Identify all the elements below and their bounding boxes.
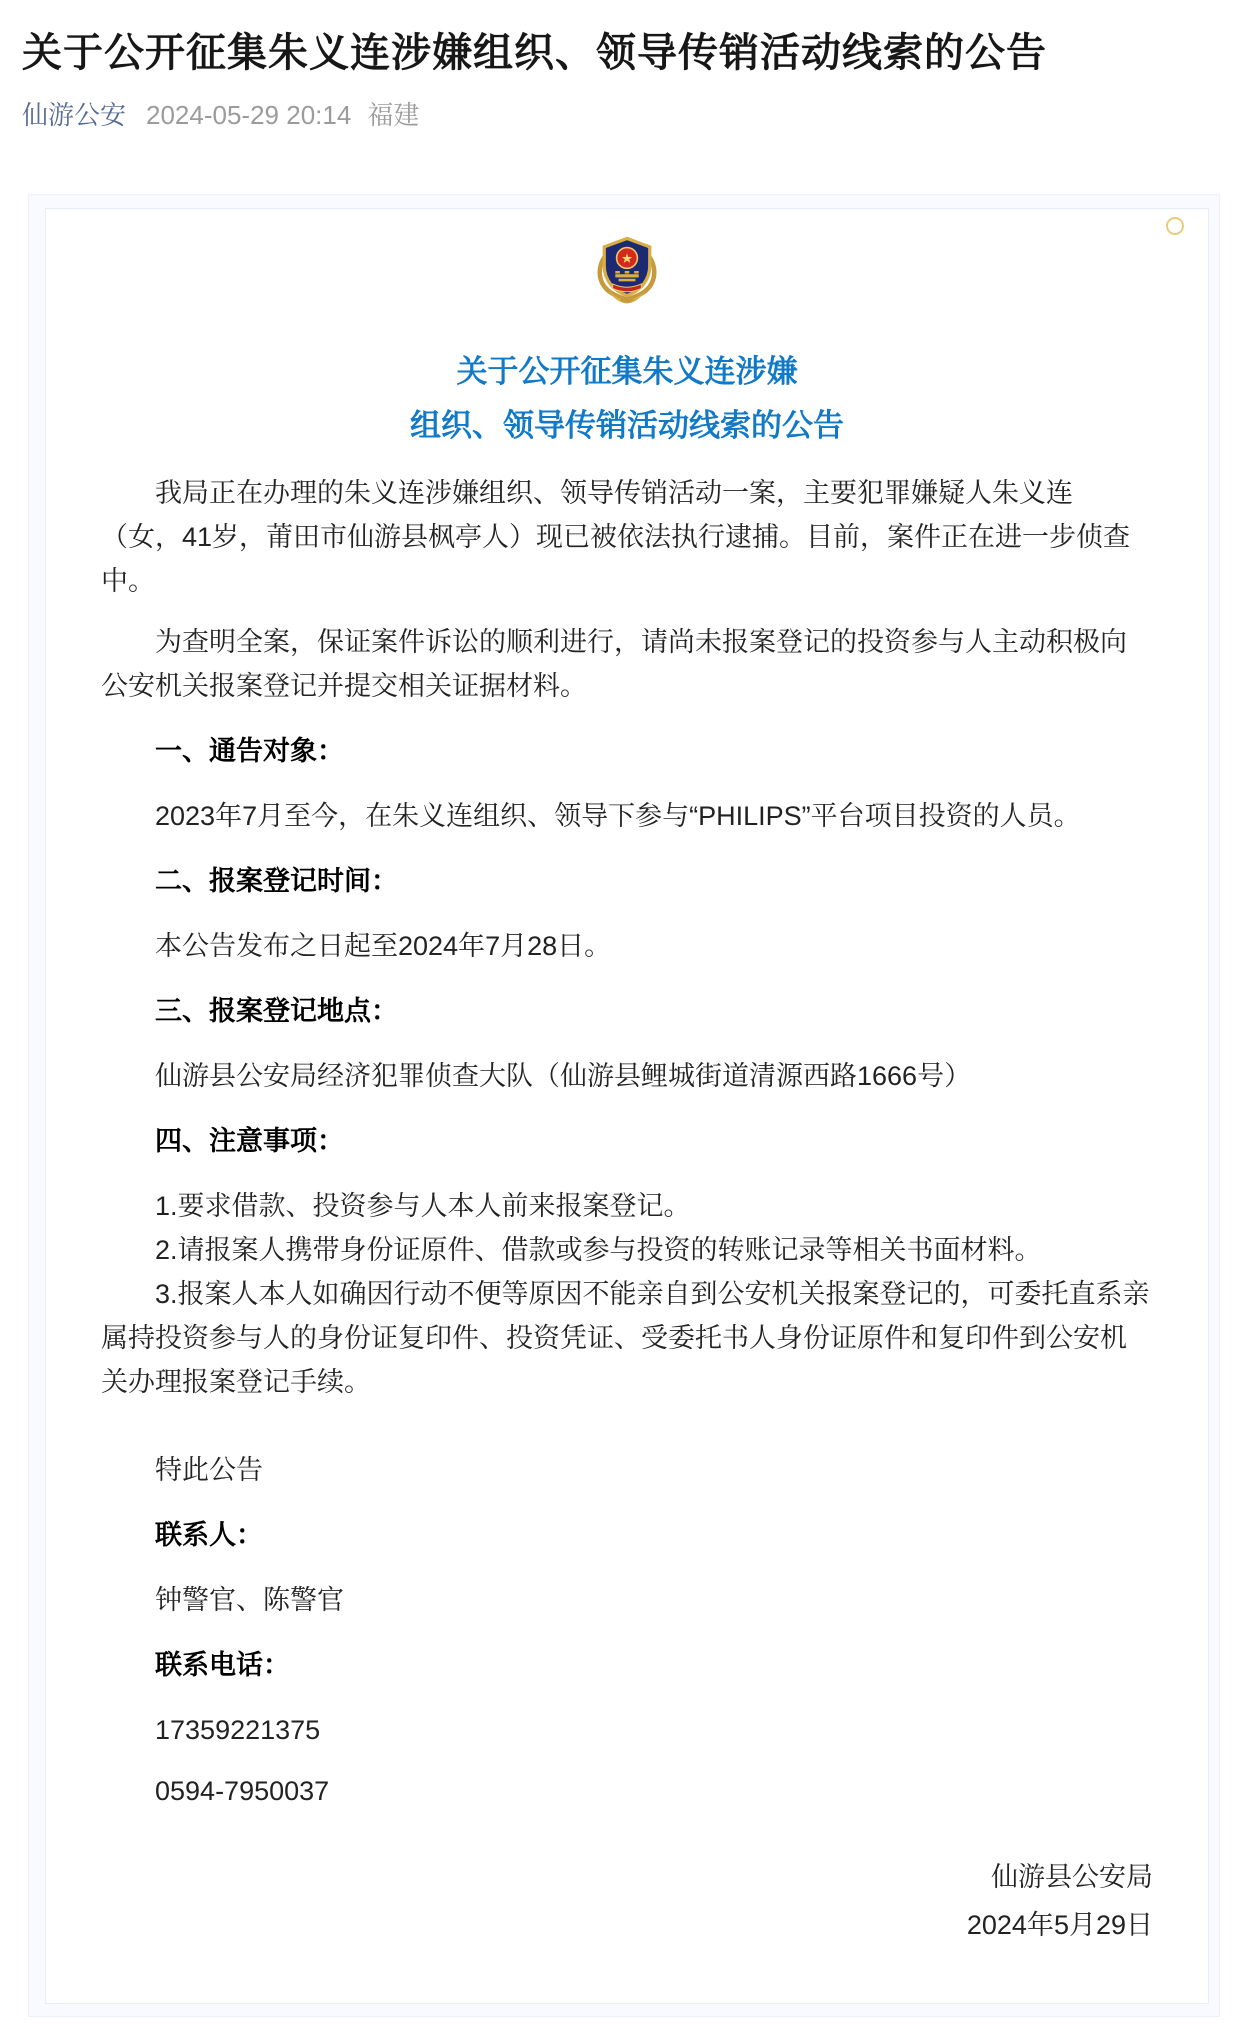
section-3-body: 仙游县公安局经济犯罪侦查大队（仙游县鲤城街道清源西路1666号）	[101, 1054, 1153, 1098]
police-badge-icon	[101, 219, 1153, 309]
section-3-heading: 三、报案登记地点：	[101, 989, 1153, 1033]
signature-org: 仙游县公安局	[101, 1855, 1153, 1899]
notice-item-1: 1.要求借款、投资参与人本人前来报案登记。	[101, 1184, 1153, 1228]
article-title: 关于公开征集朱义连涉嫌组织、领导传销活动线索的公告	[22, 28, 1228, 78]
article-header: 关于公开征集朱义连涉嫌组织、领导传销活动线索的公告 仙游公安2024-05-29…	[0, 0, 1252, 130]
contact-label: 联系人：	[101, 1513, 1153, 1557]
section-2-heading: 二、报案登记时间：	[101, 859, 1153, 903]
gold-ring-decoration	[1166, 217, 1184, 235]
notice-title-line2: 组织、领导传销活动线索的公告	[101, 399, 1153, 453]
section-1-heading: 一、通告对象：	[101, 729, 1153, 773]
section-1-body: 2023年7月至今，在朱义连组织、领导下参与“PHILIPS”平台项目投资的人员…	[101, 794, 1153, 838]
notice-body: 我局正在办理的朱义连涉嫌组织、领导传销活动一案，主要犯罪嫌疑人朱义连（女，41岁…	[101, 471, 1153, 1947]
notice-item-2: 2.请报案人携带身份证原件、借款或参与投资的转账记录等相关书面材料。	[101, 1228, 1153, 1272]
section-2-body: 本公告发布之日起至2024年7月28日。	[101, 924, 1153, 968]
notice-card: 关于公开征集朱义连涉嫌 组织、领导传销活动线索的公告 我局正在办理的朱义连涉嫌组…	[28, 194, 1220, 2017]
closing-note: 特此公告	[101, 1448, 1153, 1492]
para-intro-2: 为查明全案，保证案件诉讼的顺利进行，请尚未报案登记的投资参与人主动积极向公安机关…	[101, 620, 1153, 708]
article-meta: 仙游公安2024-05-29 20:14福建	[22, 100, 1228, 130]
publish-datetime: 2024-05-29 20:14	[146, 100, 351, 130]
section-4-heading: 四、注意事项：	[101, 1119, 1153, 1163]
para-intro-1: 我局正在办理的朱义连涉嫌组织、领导传销活动一案，主要犯罪嫌疑人朱义连（女，41岁…	[101, 471, 1153, 603]
publish-region: 福建	[367, 100, 419, 130]
phone-label: 联系电话：	[101, 1643, 1153, 1687]
contact-names: 钟警官、陈警官	[101, 1578, 1153, 1622]
notice-item-3: 3.报案人本人如确因行动不便等原因不能亲自到公安机关报案登记的，可委托直系亲属持…	[101, 1272, 1153, 1404]
notice-card-inner: 关于公开征集朱义连涉嫌 组织、领导传销活动线索的公告 我局正在办理的朱义连涉嫌组…	[45, 208, 1209, 2004]
signature-date: 2024年5月29日	[101, 1903, 1153, 1947]
account-name-link[interactable]: 仙游公安	[22, 100, 126, 130]
notice-title-line1: 关于公开征集朱义连涉嫌	[101, 345, 1153, 399]
phone-number-1: 17359221375	[101, 1708, 1153, 1752]
phone-number-2: 0594-7950037	[101, 1769, 1153, 1813]
